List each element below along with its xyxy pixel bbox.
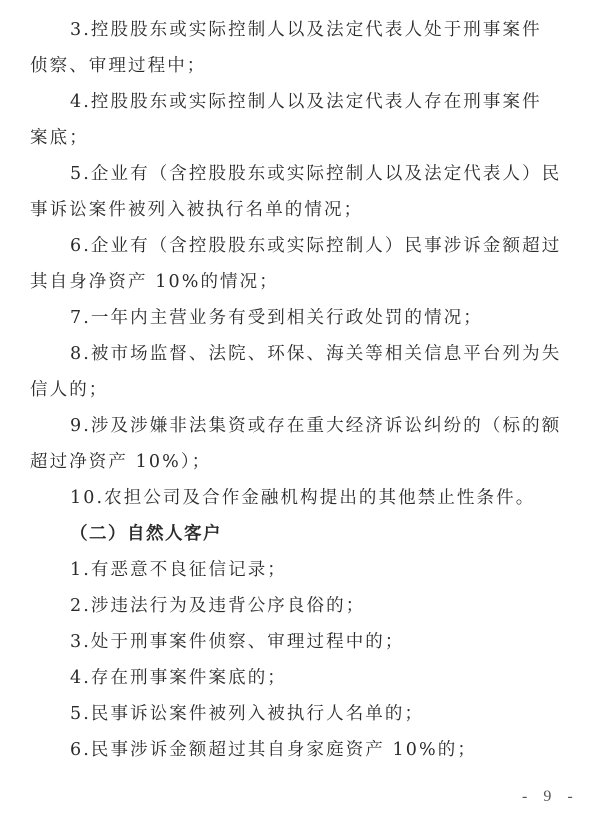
paragraph-line: 事诉讼案件被列入被执行名单的情况； <box>30 192 363 228</box>
paragraph-line: 6.民事涉诉金额超过其自身家庭资产 10%的； <box>70 732 477 768</box>
paragraph-line: 4.控股股东或实际控制人以及法定代表人存在刑事案件 <box>70 84 542 120</box>
paragraph-line: 4.存在刑事案件案底的； <box>70 660 287 696</box>
paragraph-line: 信人的； <box>30 372 108 408</box>
paragraph-line: 7.一年内主营业务有受到相关行政处罚的情况； <box>70 300 483 336</box>
paragraph-line: 10.农担公司及合作金融机构提出的其他禁止性条件。 <box>70 480 535 516</box>
section-heading: （二）自然人客户 <box>70 516 222 552</box>
paragraph-line: 5.民事诉讼案件被列入被执行人名单的； <box>70 696 424 732</box>
paragraph-line: 其自身净资产 10%的情况； <box>30 264 279 300</box>
paragraph-line: 3.处于刑事案件侦察、审理过程中的； <box>70 624 405 660</box>
paragraph-line: 超过净资产 10%）； <box>30 444 211 480</box>
paragraph-line: 2.涉违法行为及违背公序良俗的； <box>70 588 365 624</box>
paragraph-line: 1.有恶意不良征信记录； <box>70 552 287 588</box>
paragraph-line: 案底； <box>30 120 89 156</box>
page-number: - 9 - <box>522 788 579 806</box>
paragraph-line: 8.被市场监督、法院、环保、海关等相关信息平台列为失 <box>70 336 561 372</box>
paragraph-line: 9.涉及涉嫌非法集资或存在重大经济诉讼纠纷的（标的额 <box>70 408 561 444</box>
paragraph-line: 侦察、审理过程中； <box>30 48 206 84</box>
paragraph-line: 5.企业有（含控股股东或实际控制人以及法定代表人）民 <box>70 156 561 192</box>
paragraph-line: 3.控股股东或实际控制人以及法定代表人处于刑事案件 <box>70 12 542 48</box>
paragraph-line: 6.企业有（含控股股东或实际控制人）民事涉诉金额超过 <box>70 228 561 264</box>
